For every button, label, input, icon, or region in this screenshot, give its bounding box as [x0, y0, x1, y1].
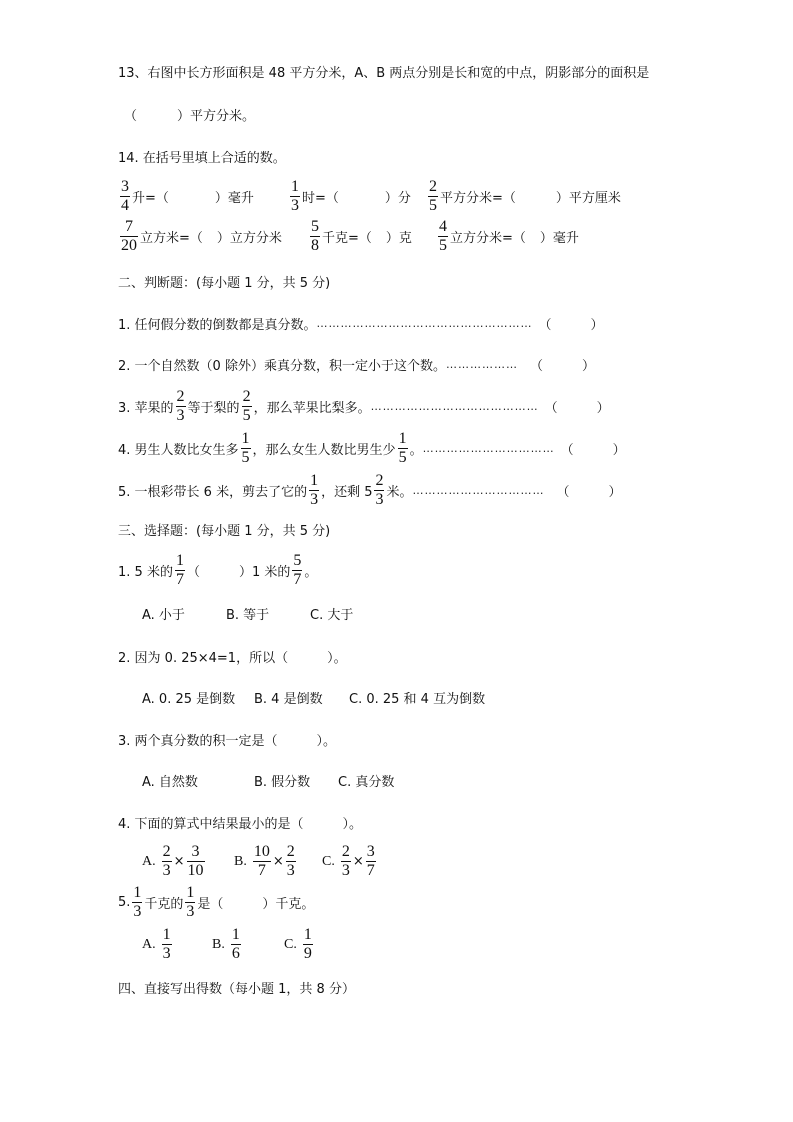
q14-row2-item2: 58 千克=（ ）克	[308, 218, 412, 255]
fraction: 58	[310, 218, 320, 255]
question-text: 。	[410, 439, 423, 458]
question-text: ，还剩 5	[321, 481, 372, 500]
question-text: 米。	[386, 481, 412, 500]
option-b[interactable]: B. 107 × 23	[234, 843, 322, 880]
q14-row2-item3: 45 立方分米=（ ）毫升	[436, 218, 579, 255]
q14-close: ）毫升	[215, 187, 254, 206]
q14-row1-item3: 25 平方分米=（ ）平方厘米	[426, 178, 621, 215]
leader-dots: ……………………………	[413, 484, 545, 497]
option-a[interactable]: A. 23 × 310	[142, 843, 234, 880]
q14-row1-item1: 34 升=（ ）毫升	[118, 178, 254, 215]
choice-q3-options: A. 自然数 B. 假分数 C. 真分数	[142, 771, 394, 790]
option-a[interactable]: A. 0. 25 是倒数	[142, 688, 254, 707]
fraction: 45	[438, 218, 448, 255]
question-text: ，那么苹果比梨多。	[254, 397, 371, 416]
q14-row1-item2: 13 时=（ ）分	[288, 178, 411, 215]
answer-parentheses[interactable]: （ ）	[545, 397, 610, 416]
fraction: 15	[398, 430, 408, 467]
judge-item-3: 3. 苹果的 23 等于梨的 25 ，那么苹果比梨多。 …………………………………	[118, 388, 610, 425]
q14-close: ）毫升	[540, 227, 579, 246]
section3-title: 三、选择题：(每小题 1 分，共 5 分)	[118, 520, 330, 539]
question-text: 等于梨的	[188, 397, 240, 416]
option-c[interactable]: C. 19	[284, 926, 315, 963]
q14-row2-item1: 720 立方米=（ ）立方分米	[118, 218, 282, 255]
section-title-text: 四、直接写出得数（每小题 1，共 8 分）	[118, 978, 355, 997]
question-text: 2. 因为 0. 25×4=1，所以（ ）。	[118, 647, 347, 666]
option-c[interactable]: C. 23 × 37	[322, 843, 378, 880]
choice-q1-options: A. 小于 B. 等于 C. 大于	[142, 604, 353, 623]
q13-line2: （ ）平方分米。	[124, 105, 255, 124]
section-title-text: 二、判断题：(每小题 1 分，共 5 分)	[118, 272, 330, 291]
leader-dots: ……………………………………	[371, 400, 539, 413]
fraction: 13	[185, 884, 195, 921]
answer-parentheses[interactable]: （ ）	[539, 314, 604, 333]
section2-title: 二、判断题：(每小题 1 分，共 5 分)	[118, 272, 330, 291]
q14-close: ）立方分米	[217, 227, 282, 246]
fraction: 13	[290, 178, 300, 215]
fraction: 13	[132, 884, 142, 921]
leader-dots: ………………	[446, 358, 518, 371]
q14-unit: 升=（	[132, 187, 169, 206]
q13-line1: 13、右图中长方形面积是 48 平方分米，A、B 两点分别是长和宽的中点，阴影部…	[118, 62, 649, 81]
option-c[interactable]: C. 大于	[310, 604, 353, 623]
option-a[interactable]: A. 13	[142, 926, 212, 963]
q13-text: 13、右图中长方形面积是 48 平方分米，A、B 两点分别是长和宽的中点，阴影部…	[118, 62, 649, 81]
fraction: 25	[428, 178, 438, 215]
choice-q3: 3. 两个真分数的积一定是（ ）。	[118, 730, 336, 749]
q14-title: 14. 在括号里填上合适的数。	[118, 147, 286, 166]
question-text: 2. 一个自然数（0 除外）乘真分数，积一定小于这个数。	[118, 355, 446, 374]
question-text: 4. 男生人数比女生多	[118, 439, 239, 458]
judge-item-5: 5. 一根彩带长 6 米，剪去了它的 13 ，还剩 5 23 米。 …………………	[118, 472, 622, 509]
q13-tail: ）平方分米。	[177, 105, 255, 124]
choice-q4-options: A. 23 × 310 B. 107 × 23 C. 23 × 37	[142, 843, 378, 880]
option-a[interactable]: A. 自然数	[142, 771, 254, 790]
choice-q2-options: A. 0. 25 是倒数 B. 4 是倒数 C. 0. 25 和 4 互为倒数	[142, 688, 485, 707]
q14-unit: 立方分米=（	[450, 227, 526, 246]
question-text: 3. 两个真分数的积一定是（ ）。	[118, 730, 336, 749]
choice-q5-options: A. 13 B. 16 C. 19	[142, 926, 315, 963]
choice-q4: 4. 下面的算式中结果最小的是（ ）。	[118, 813, 362, 832]
question-text: 4. 下面的算式中结果最小的是（ ）。	[118, 813, 362, 832]
fraction: 57	[292, 552, 302, 589]
q14-unit: 千克=（	[322, 227, 372, 246]
option-b[interactable]: B. 4 是倒数	[254, 688, 349, 707]
q14-close: ）分	[385, 187, 411, 206]
answer-parentheses[interactable]: （ ）	[530, 355, 595, 374]
question-text: 1. 任何假分数的倒数都是真分数。	[118, 314, 317, 333]
question-text: 5. 一根彩带长 6 米，剪去了它的	[118, 481, 307, 500]
option-c[interactable]: C. 真分数	[338, 771, 394, 790]
fraction: 15	[241, 430, 251, 467]
q13-open-paren: （	[124, 105, 137, 124]
judge-item-2: 2. 一个自然数（0 除外）乘真分数，积一定小于这个数。 ……………… （ ）	[118, 355, 618, 374]
fraction: 25	[242, 388, 252, 425]
q14-unit: 时=（	[302, 187, 339, 206]
choice-q5: 5. 13 千克的 13 是（ ）千克。	[118, 884, 314, 921]
judge-item-1: 1. 任何假分数的倒数都是真分数。 ……………………………………………… （ ）	[118, 314, 618, 333]
option-a[interactable]: A. 小于	[142, 604, 226, 623]
fraction: 13	[309, 472, 319, 509]
answer-parentheses[interactable]: （ ）	[557, 481, 622, 500]
question-text: （ ）1 米的	[187, 561, 290, 580]
leader-dots: ………………………………………………	[317, 317, 533, 330]
q14-close: ）克	[386, 227, 412, 246]
question-text: 。	[304, 561, 317, 580]
question-text: 1. 5 米的	[118, 561, 173, 580]
section4-title: 四、直接写出得数（每小题 1，共 8 分）	[118, 978, 355, 997]
choice-q2: 2. 因为 0. 25×4=1，所以（ ）。	[118, 647, 347, 666]
fraction: 34	[120, 178, 130, 215]
fraction: 23	[374, 472, 384, 509]
leader-dots: ……………………………	[423, 442, 555, 455]
question-text: 3. 苹果的	[118, 397, 174, 416]
q14-unit: 立方米=（	[140, 227, 203, 246]
question-text: 5.	[118, 895, 130, 910]
fraction: 17	[175, 552, 185, 589]
question-text: 是（ ）千克。	[197, 893, 314, 912]
q14-unit: 平方分米=（	[440, 187, 516, 206]
judge-item-4: 4. 男生人数比女生多 15 ，那么女生人数比男生少 15 。 ………………………	[118, 430, 626, 467]
option-b[interactable]: B. 等于	[226, 604, 310, 623]
q14-close: ）平方厘米	[556, 187, 621, 206]
fraction: 23	[176, 388, 186, 425]
section-title-text: 三、选择题：(每小题 1 分，共 5 分)	[118, 520, 330, 539]
choice-q1: 1. 5 米的 17 （ ）1 米的 57 。	[118, 552, 317, 589]
question-text: 千克的	[144, 893, 183, 912]
option-c[interactable]: C. 0. 25 和 4 互为倒数	[349, 688, 485, 707]
q14-title-text: 14. 在括号里填上合适的数。	[118, 147, 286, 166]
option-b[interactable]: B. 16	[212, 926, 284, 963]
answer-parentheses[interactable]: （ ）	[561, 439, 626, 458]
option-b[interactable]: B. 假分数	[254, 771, 338, 790]
question-text: ，那么女生人数比男生少	[253, 439, 396, 458]
fraction: 720	[120, 218, 138, 255]
